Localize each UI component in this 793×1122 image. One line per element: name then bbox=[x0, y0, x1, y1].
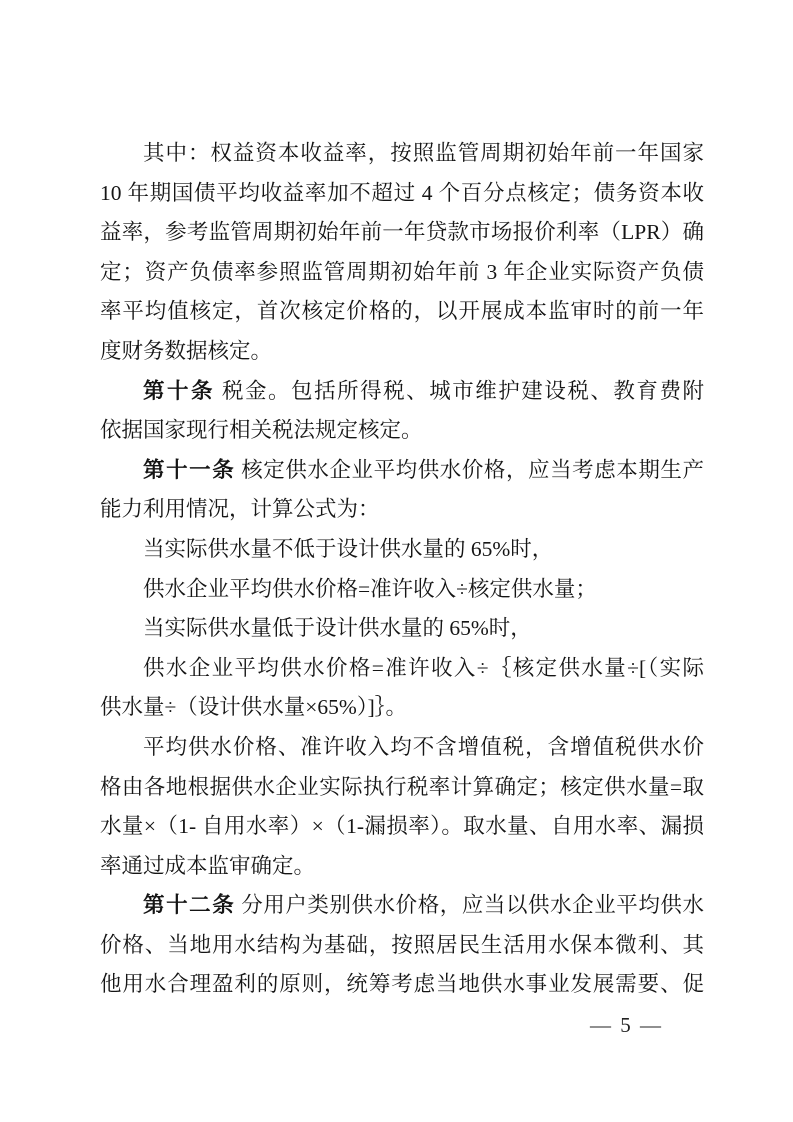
text-line: 度财务数据核定。 bbox=[100, 332, 704, 372]
text-line: 10 年期国债平均收益率加不超过 4 个百分点核定；债务资本收 bbox=[100, 174, 704, 214]
text-line: 水量×（1- 自用水率）×（1-漏损率）。取水量、自用水率、漏损 bbox=[100, 807, 704, 847]
text-line: 供水量÷（设计供水量×65%）]｝。 bbox=[100, 688, 704, 728]
text-line: 能力利用情况，计算公式为： bbox=[100, 490, 704, 530]
text-line: 供水企业平均供水价格=准许收入÷核定供水量； bbox=[100, 570, 704, 610]
text-line: 率平均值核定，首次核定价格的，以开展成本监审时的前一年 bbox=[100, 292, 704, 332]
article-number: 第十二条 bbox=[143, 893, 235, 917]
page-footer: — 5 — bbox=[590, 1006, 663, 1044]
document-body: 其中：权益资本收益率，按照监管周期初始年前一年国家10 年期国债平均收益率加不超… bbox=[100, 134, 704, 1005]
article-number: 第十一条 bbox=[143, 458, 235, 482]
text-line: 率通过成本监审确定。 bbox=[100, 847, 704, 887]
text-line: 当实际供水量不低于设计供水量的 65%时， bbox=[100, 530, 704, 570]
text-line: 价格、当地用水结构为基础，按照居民生活用水保本微利、其 bbox=[100, 926, 704, 966]
text-line: 依据国家现行相关税法规定核定。 bbox=[100, 411, 704, 451]
text-line: 第十一条 核定供水企业平均供水价格，应当考虑本期生产 bbox=[100, 451, 704, 491]
line-text: 分用户类别供水价格，应当以供水企业平均供水 bbox=[235, 893, 704, 917]
text-line: 平均供水价格、准许收入均不含增值税，含增值税供水价 bbox=[100, 728, 704, 768]
text-line: 供水企业平均供水价格=准许收入÷｛核定供水量÷[（实际 bbox=[100, 649, 704, 689]
text-line: 他用水合理盈利的原则，统筹考虑当地供水事业发展需要、促 bbox=[100, 965, 704, 1005]
text-line: 定；资产负债率参照监管周期初始年前 3 年企业实际资产负债 bbox=[100, 253, 704, 293]
text-line: 其中：权益资本收益率，按照监管周期初始年前一年国家 bbox=[100, 134, 704, 174]
text-line: 益率，参考监管周期初始年前一年贷款市场报价利率（LPR）确 bbox=[100, 213, 704, 253]
text-line: 第十条 税金。包括所得税、城市维护建设税、教育费附加， bbox=[100, 372, 704, 412]
article-number: 第十条 bbox=[143, 379, 215, 403]
text-line: 当实际供水量低于设计供水量的 65%时， bbox=[100, 609, 704, 649]
line-text: 核定供水企业平均供水价格，应当考虑本期生产 bbox=[235, 458, 704, 482]
page-number: — 5 — bbox=[590, 1013, 663, 1037]
text-line: 格由各地根据供水企业实际执行税率计算确定；核定供水量=取 bbox=[100, 768, 704, 808]
document-page: 其中：权益资本收益率，按照监管周期初始年前一年国家10 年期国债平均收益率加不超… bbox=[0, 0, 793, 1122]
text-line: 第十二条 分用户类别供水价格，应当以供水企业平均供水 bbox=[100, 886, 704, 926]
